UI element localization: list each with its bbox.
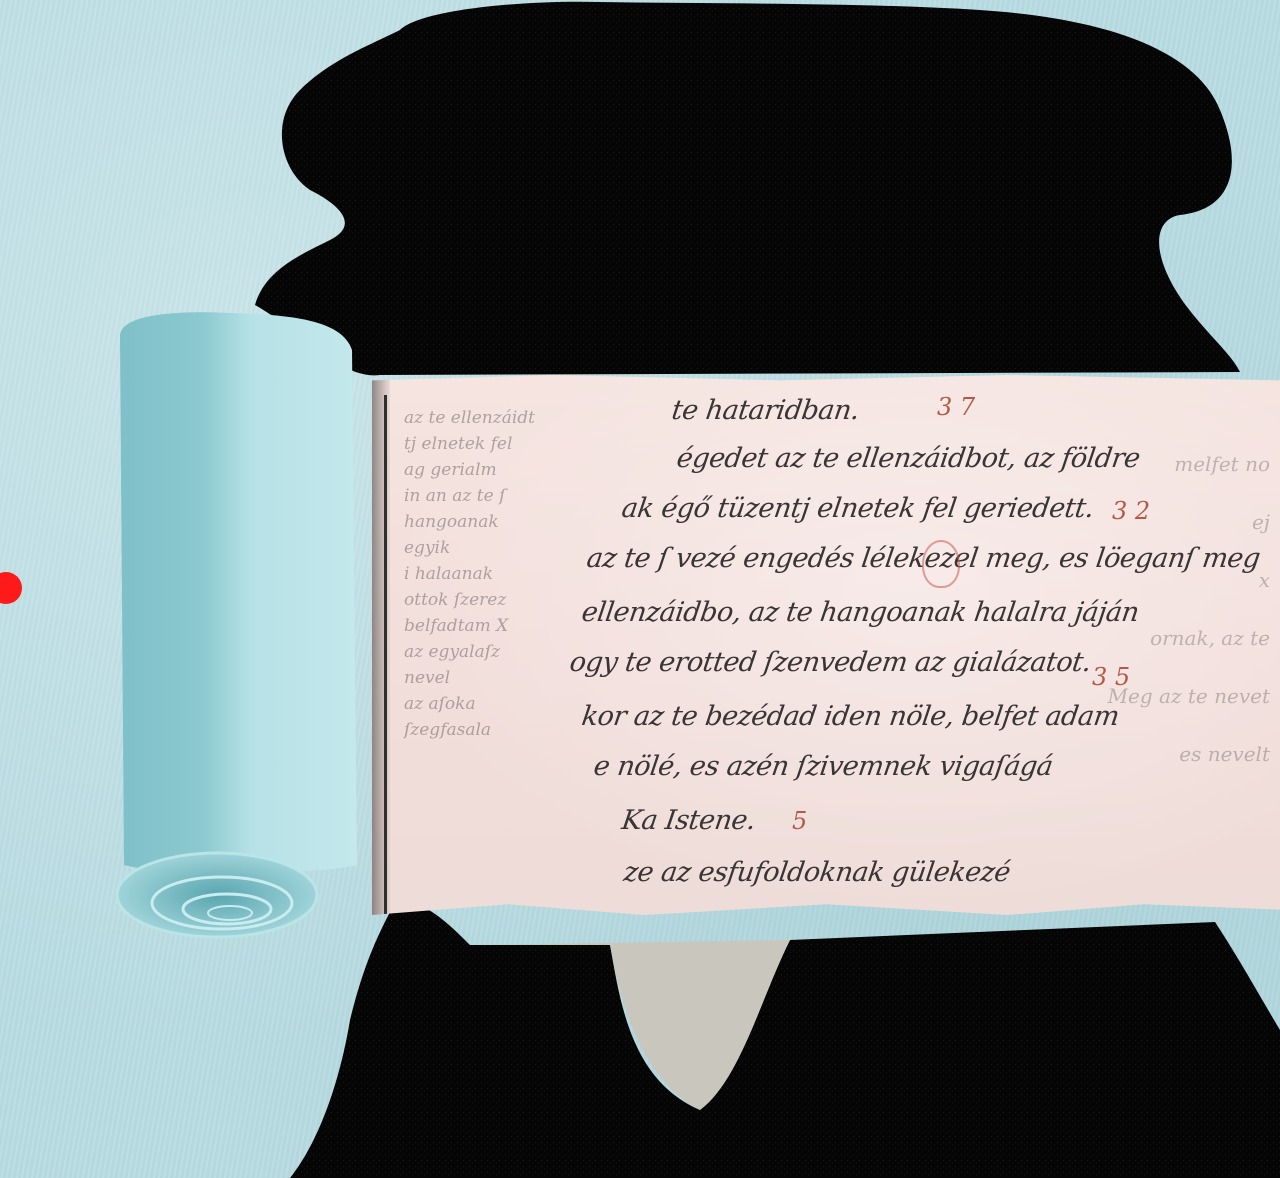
margin-note: az te ellenzáidt (404, 405, 584, 431)
margin-note: ag gerialm (404, 457, 584, 483)
manuscript-line: ellenzáidbo, az te hangoanak halalra jáj… (580, 597, 1141, 628)
manuscript-line: e nölé, es azén ſzivemnek vigaſágá (592, 751, 1055, 782)
manuscript-line: kor az te bezédad iden nöle, belfet adam (580, 701, 1121, 732)
margin-note: in an az te ſ (404, 483, 584, 509)
margin-rule (384, 395, 387, 915)
margin-note: az aſoka (404, 691, 584, 717)
manuscript-line: te hataridban. (670, 395, 861, 426)
manuscript-line: ak égő tüzentj elnetek fel geriedett. (620, 493, 1096, 524)
margin-note: i halaanak (404, 561, 584, 587)
red-ink-seal-mark (922, 540, 960, 588)
margin-note: tj elnetek fel (404, 431, 584, 457)
rolled-paper (112, 305, 367, 945)
margin-note: ſzegfasala (404, 717, 584, 743)
manuscript-line: ogy te erotted ſzenvedem az gialázatot. (568, 647, 1093, 678)
cap-silhouette (255, 2, 1240, 376)
manuscript-line: égedet az te ellenzáidbot, az földre (675, 443, 1142, 474)
verse-mark: 3 7 (937, 393, 975, 421)
margin-note: ottok ſzerez (404, 587, 584, 613)
strip-edge-shadow (372, 375, 390, 915)
verse-mark: 5 (792, 807, 807, 835)
manuscript-line: Ka Istene. (620, 805, 758, 836)
faint-line: es nevelt (1040, 725, 1270, 783)
margin-note: az egyalaſz (404, 639, 584, 665)
margin-notes: az te ellenzáidt tj elnetek fel ag geria… (404, 405, 584, 743)
manuscript-line: ze az esfufoldoknak gülekezé (622, 857, 1012, 888)
margin-note: egyik (404, 535, 584, 561)
manuscript-strip: az te ellenzáidt tj elnetek fel ag geria… (372, 375, 1280, 915)
margin-note: belfadtam X (404, 613, 584, 639)
verse-mark: 3 2 (1112, 497, 1150, 525)
margin-note: hangoanak (404, 509, 584, 535)
margin-note: nevel (404, 665, 584, 691)
verse-mark: 3 5 (1092, 663, 1130, 691)
